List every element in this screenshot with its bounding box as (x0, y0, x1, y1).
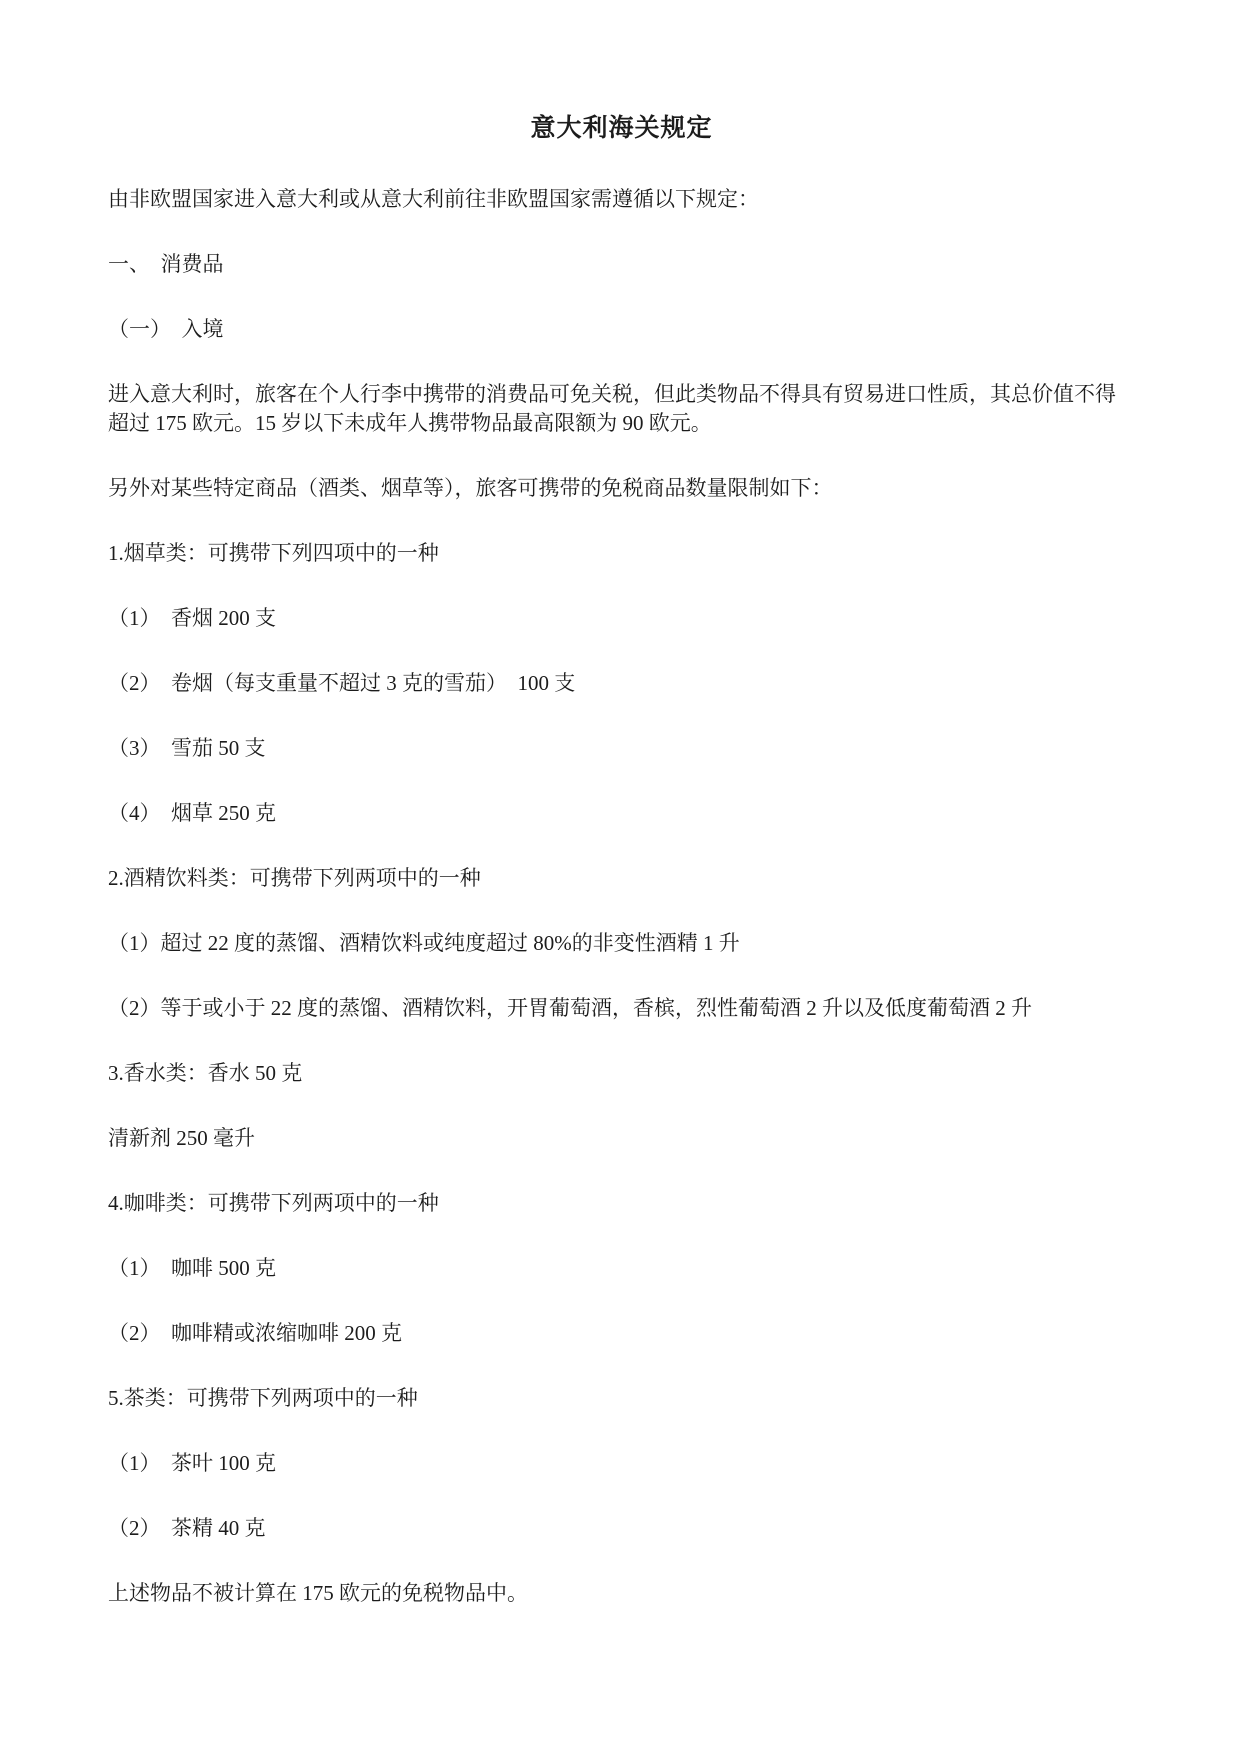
coffee-category-heading: 4.咖啡类：可携带下列两项中的一种 (108, 1189, 1135, 1218)
tobacco-category-heading: 1.烟草类：可携带下列四项中的一种 (108, 539, 1135, 568)
tea-category-heading: 5.茶类：可携带下列两项中的一种 (108, 1384, 1135, 1413)
coffee-item-coffee: （1） 咖啡 500 克 (108, 1254, 1135, 1283)
tobacco-item-cigars: （3） 雪茄 50 支 (108, 734, 1135, 763)
alcohol-item-spirits: （1）超过 22 度的蒸馏、酒精饮料或纯度超过 80%的非变性酒精 1 升 (108, 929, 1135, 958)
intro-statement: 由非欧盟国家进入意大利或从意大利前往非欧盟国家需遵循以下规定： (108, 185, 1135, 214)
freshener-line: 清新剂 250 毫升 (108, 1124, 1135, 1153)
perfume-category-line: 3.香水类：香水 50 克 (108, 1059, 1135, 1088)
document-title: 意大利海关规定 (108, 112, 1135, 145)
subsection-1-1-heading: （一） 入境 (108, 315, 1135, 344)
coffee-item-extract: （2） 咖啡精或浓缩咖啡 200 克 (108, 1319, 1135, 1348)
section-1-heading: 一、 消费品 (108, 250, 1135, 279)
document-page: 意大利海关规定 由非欧盟国家进入意大利或从意大利前往非欧盟国家需遵循以下规定： … (0, 0, 1239, 1754)
special-goods-intro: 另外对某些特定商品（酒类、烟草等），旅客可携带的免税商品数量限制如下： (108, 474, 1135, 503)
entry-allowance-paragraph: 进入意大利时，旅客在个人行李中携带的消费品可免关税，但此类物品不得具有贸易进口性… (108, 380, 1135, 438)
alcohol-item-wine: （2）等于或小于 22 度的蒸馏、酒精饮料，开胃葡萄酒，香槟，烈性葡萄酒 2 升… (108, 994, 1135, 1023)
closing-note: 上述物品不被计算在 175 欧元的免税物品中。 (108, 1579, 1135, 1608)
tobacco-item-cigarillos: （2） 卷烟（每支重量不超过 3 克的雪茄） 100 支 (108, 669, 1135, 698)
alcohol-category-heading: 2.酒精饮料类：可携带下列两项中的一种 (108, 864, 1135, 893)
tobacco-item-cigarettes: （1） 香烟 200 支 (108, 604, 1135, 633)
tobacco-item-loose-tobacco: （4） 烟草 250 克 (108, 799, 1135, 828)
tea-item-extract: （2） 茶精 40 克 (108, 1514, 1135, 1543)
tea-item-leaves: （1） 茶叶 100 克 (108, 1449, 1135, 1478)
